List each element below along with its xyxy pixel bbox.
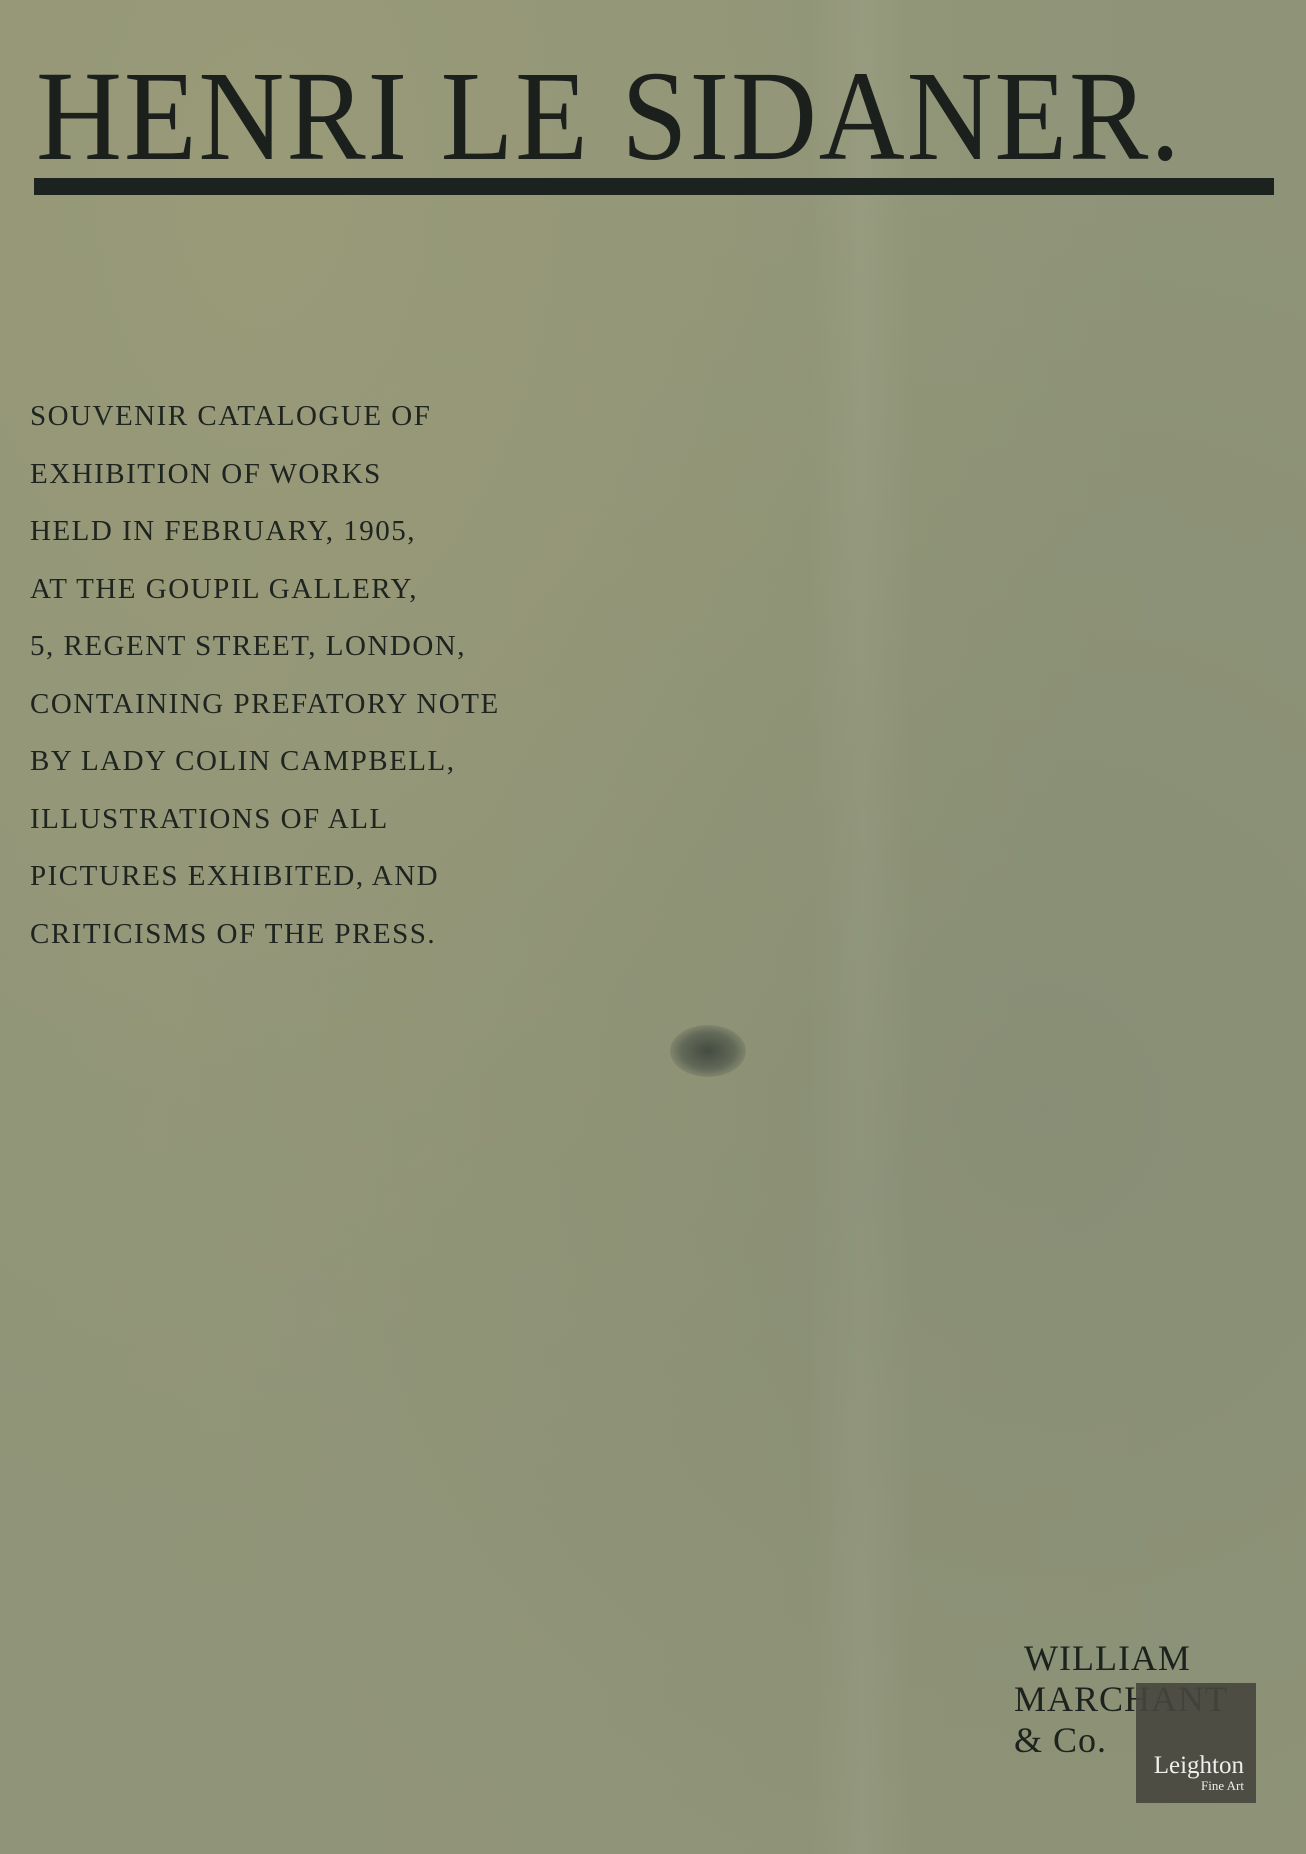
description-line: BY LADY COLIN CAMPBELL,: [30, 733, 500, 791]
description-line: HELD IN FEBRUARY, 1905,: [30, 503, 500, 561]
description-line: CRITICISMS OF THE PRESS.: [30, 906, 500, 964]
description-line: PICTURES EXHIBITED, AND: [30, 848, 500, 906]
publisher-line: WILLIAM: [1014, 1638, 1228, 1679]
watermark-name: Leighton: [1154, 1753, 1244, 1778]
watermark-logo: Leighton Fine Art: [1136, 1683, 1256, 1803]
cover-title: HENRI LE SIDANER.: [36, 52, 1189, 180]
description-line: EXHIBITION OF WORKS: [30, 446, 500, 504]
title-rule: [34, 178, 1274, 195]
watermark-subtitle: Fine Art: [1201, 1779, 1244, 1792]
description-line: AT THE GOUPIL GALLERY,: [30, 561, 500, 619]
paper-stain: [670, 1025, 746, 1077]
description-line: CONTAINING PREFATORY NOTE: [30, 676, 500, 734]
description-line: 5, REGENT STREET, LONDON,: [30, 618, 500, 676]
description-line: ILLUSTRATIONS OF ALL: [30, 791, 500, 849]
catalogue-description: SOUVENIR CATALOGUE OF EXHIBITION OF WORK…: [30, 388, 500, 963]
description-line: SOUVENIR CATALOGUE OF: [30, 388, 500, 446]
